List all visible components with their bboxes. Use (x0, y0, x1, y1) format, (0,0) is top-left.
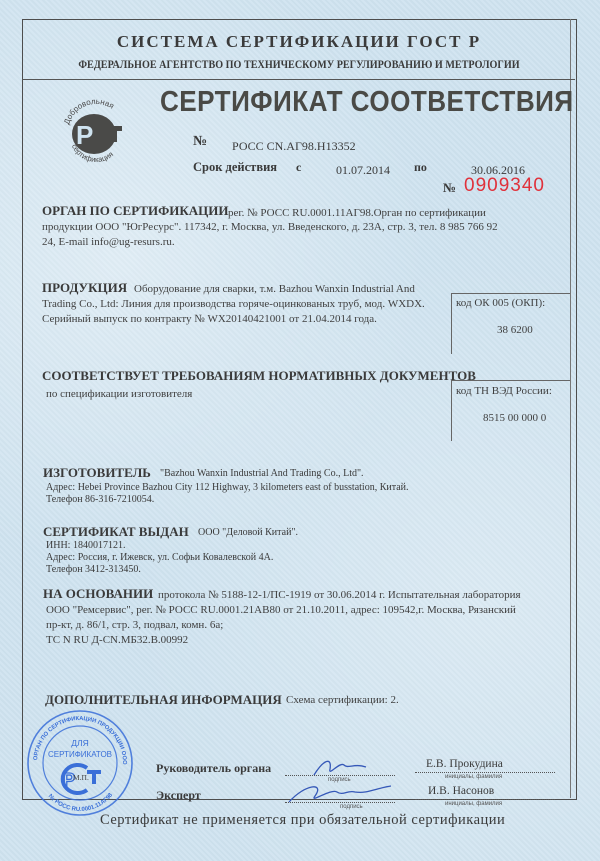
valid-from-date: 01.07.2014 (336, 163, 390, 178)
issued-to-inn: ИНН: 1840017121. (46, 540, 125, 551)
blank-serial-number: 0909340 (464, 175, 545, 197)
footer-note: Сертификат не применяется при обязательн… (100, 812, 505, 829)
okp-code-label: код ОК 005 (ОКП): (456, 297, 545, 309)
basis-line-3: пр-кт, д. 86/1, стр. 3, подвал, комн. 6а… (46, 619, 223, 631)
conformity-label: СООТВЕТСТВУЕТ ТРЕБОВАНИЯМ НОРМАТИВНЫХ ДО… (42, 368, 476, 384)
expert-name-caption: инициалы, фамилия (445, 801, 502, 807)
product-line-3: Серийный выпуск по контракту № WX2014042… (42, 313, 377, 325)
expert-name-line (415, 799, 555, 800)
head-name: Е.В. Прокудина (426, 758, 503, 770)
expert-label: Эксперт (156, 788, 201, 803)
agency-name: ФЕДЕРАЛЬНОЕ АГЕНТСТВО ПО ТЕХНИЧЕСКОМУ РЕ… (42, 57, 556, 72)
issued-to-phone: Телефон 3412-313450. (46, 564, 141, 575)
issued-to-name: ООО "Деловой Китай". (198, 527, 298, 538)
cert-body-line-3: 24, E-mail info@ug-resurs.ru. (42, 236, 175, 248)
basis-label: НА ОСНОВАНИИ (43, 586, 153, 602)
frame-inner-right (570, 19, 575, 798)
head-label: Руководитель органа (156, 761, 271, 776)
number-label: № (193, 134, 207, 150)
product-line-2: Trading Co., Ltd: Линия для производства… (42, 298, 425, 310)
blank-number-label: № (443, 180, 456, 196)
rst-logo-icon: Добровольная P сертификация (60, 96, 132, 168)
header-divider (22, 79, 575, 80)
valid-from-label: с (296, 160, 301, 175)
manufacturer-name: "Bazhou Wanxin Industrial And Trading Co… (160, 468, 364, 479)
okp-code-value: 38 6200 (497, 324, 533, 336)
head-name-caption: инициалы, фамилия (445, 774, 502, 780)
basis-line-4: ТС N RU Д-CN.МБ32.В.00992 (46, 634, 188, 646)
conformity-value: по спецификации изготовителя (46, 388, 192, 400)
product-label: ПРОДУКЦИЯ (42, 280, 127, 296)
issued-to-address: Адрес: Россия, г. Ижевск, ул. Софьи Кова… (46, 552, 273, 563)
basis-line-2: ООО "Ремсервис", рег. № РОСС RU.0001.21А… (46, 604, 516, 616)
manufacturer-label: ИЗГОТОВИТЕЛЬ (43, 465, 151, 481)
svg-text:М.П.: М.П. (73, 773, 89, 782)
svg-text:СЕРТИФИКАТОВ: СЕРТИФИКАТОВ (48, 750, 112, 759)
certificate-title: СЕРТИФИКАТ СООТВЕТСТВИЯ (160, 86, 574, 119)
head-name-line (415, 772, 555, 773)
valid-to-label: по (414, 160, 427, 175)
svg-text:ДЛЯ: ДЛЯ (71, 738, 88, 748)
additional-info-label: ДОПОЛНИТЕЛЬНАЯ ИНФОРМАЦИЯ (45, 692, 282, 708)
system-title: СИСТЕМА СЕРТИФИКАЦИИ ГОСТ Р (0, 32, 598, 52)
validity-label: Срок действия (193, 160, 277, 175)
basis-line-1: протокола № 5188-12-1/ПС-1919 от 30.06.2… (158, 589, 521, 601)
cert-body-line-1: рег. № РОСС RU.0001.11АГ98.Орган по серт… (228, 207, 486, 219)
issued-to-label: СЕРТИФИКАТ ВЫДАН (43, 524, 189, 540)
manufacturer-address: Адрес: Hebei Province Bazhou City 112 Hi… (46, 482, 409, 493)
tnved-code-value: 8515 00 000 0 (483, 412, 546, 424)
tnved-code-label: код ТН ВЭД России: (456, 385, 552, 397)
expert-signature-icon (285, 780, 395, 811)
cert-body-label: ОРГАН ПО СЕРТИФИКАЦИИ (42, 203, 229, 219)
product-line-1: Оборудование для сварки, т.м. Bazhou Wan… (134, 283, 415, 295)
official-stamp: ОРГАН ПО СЕРТИФИКАЦИИ ПРОДУКЦИИ ООО "ЮгР… (25, 708, 135, 818)
certificate-number: РОСС CN.АГ98.Н13352 (232, 139, 356, 154)
cert-body-line-2: продукции ООО "ЮгРесурс". 117342, г. Мос… (42, 221, 498, 233)
expert-name: И.В. Насонов (428, 785, 494, 797)
manufacturer-phone: Телефон 86-316-7210054. (46, 494, 154, 505)
additional-info-value: Схема сертификации: 2. (286, 694, 399, 706)
